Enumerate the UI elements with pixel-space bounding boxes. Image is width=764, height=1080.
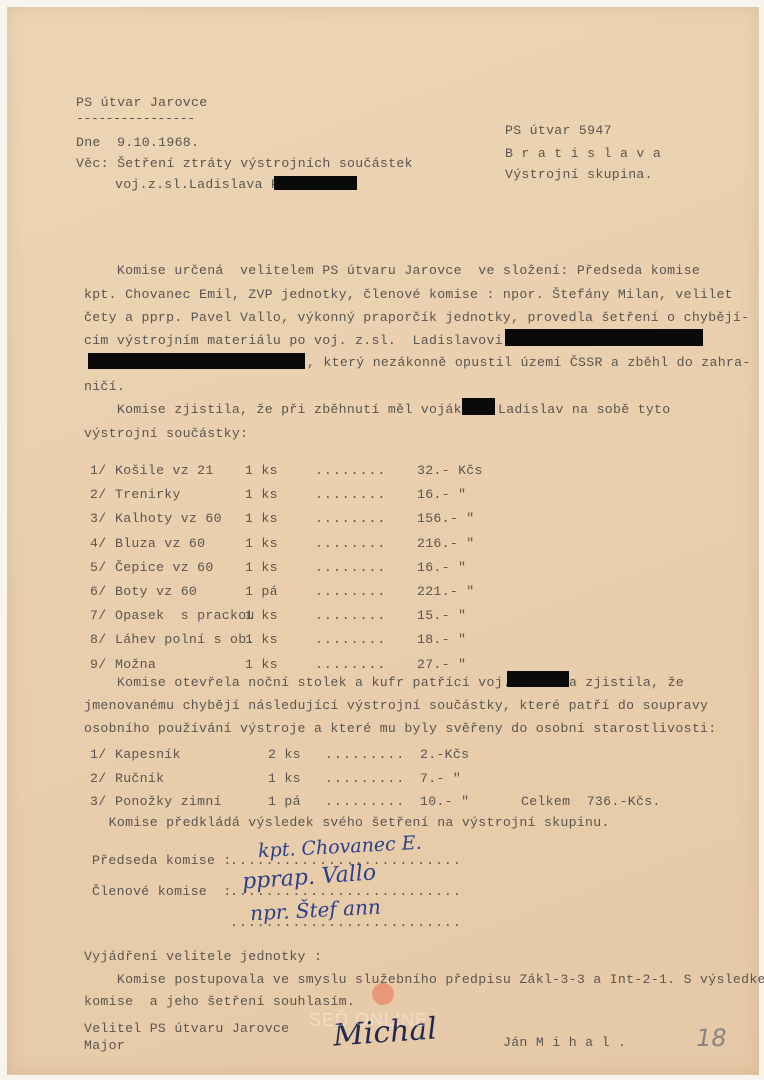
paragraph-1-line: kpt. Chovanec Emil, ZVP jednotky, členov… bbox=[84, 288, 733, 301]
item-name: Čepice vz 60 bbox=[115, 561, 214, 574]
item-qty: 1 ks bbox=[245, 488, 278, 501]
item-row: 5/Čepice vz 601 ks........16.- " bbox=[0, 561, 764, 577]
item-price: 16.- " bbox=[417, 561, 466, 574]
item-no: 3/ bbox=[90, 795, 106, 808]
total-amount: Celkem 736.-Kčs. bbox=[521, 795, 661, 808]
item-name: Kapesník bbox=[115, 748, 181, 761]
item-row: 1/Kapesník2 ks.........2.-Kčs bbox=[0, 748, 764, 764]
paragraph-1-line: ničí. bbox=[84, 380, 125, 393]
paragraph-1-line: cím výstrojním materiálu po voj. z.sl. L… bbox=[84, 334, 519, 347]
item-no: 7/ bbox=[90, 609, 106, 622]
item-row: 3/Kalhoty vz 601 ks........156.- " bbox=[0, 512, 764, 528]
redaction-bar bbox=[462, 398, 495, 415]
paragraph-1-line: , který nezákonně opustil území ČSSR a z… bbox=[307, 356, 751, 369]
paragraph-2-line: Komise zjistila, že při zběhnutí měl voj… bbox=[84, 403, 478, 416]
item-price: 2.-Kčs bbox=[420, 748, 469, 761]
paragraph-3-line: osobního používání výstroje a které mu b… bbox=[84, 722, 716, 735]
item-dots: ........ bbox=[315, 633, 386, 646]
item-name: Ponožky zimní bbox=[115, 795, 222, 808]
item-row: 4/Bluza vz 601 ks........216.- " bbox=[0, 537, 764, 553]
item-name: Kalhoty vz 60 bbox=[115, 512, 222, 525]
item-name: Trenirky bbox=[115, 488, 181, 501]
item-qty: 1 pá bbox=[268, 795, 301, 808]
item-name: Možna bbox=[115, 658, 156, 671]
item-qty: 1 ks bbox=[245, 512, 278, 525]
item-row: 2/Ručník1 ks.........7.- " bbox=[0, 772, 764, 788]
commander-text: komise a jeho šetření souhlasím. bbox=[84, 995, 355, 1008]
item-row: 7/Opasek s prackou1 ks........15.- " bbox=[0, 609, 764, 625]
item-qty: 1 ks bbox=[245, 537, 278, 550]
item-price: 221.- " bbox=[417, 585, 475, 598]
paragraph-3-line: Komise otevřela noční stolek a kufr patř… bbox=[84, 676, 528, 689]
item-dots: ......... bbox=[325, 795, 405, 808]
item-price: 7.- " bbox=[420, 772, 461, 785]
item-qty: 1 ks bbox=[245, 658, 278, 671]
closing-line: Komise předkládá výsledek svého šetření … bbox=[84, 816, 610, 829]
paragraph-2-line: výstrojní součástky: bbox=[84, 427, 248, 440]
commander-heading: Vyjádření velitele jednotky : bbox=[84, 950, 322, 963]
item-dots: ......... bbox=[325, 772, 405, 785]
sender-unit: PS útvar Jarovce bbox=[76, 96, 207, 109]
paragraph-3-line: jmenovanému chybějí následující výstrojn… bbox=[84, 699, 708, 712]
commander-text: Komise postupovala ve smyslu služebního … bbox=[84, 973, 764, 986]
item-row: 6/Boty vz 601 pá........221.- " bbox=[0, 585, 764, 601]
commander-name: Ján M i h a l . bbox=[503, 1036, 626, 1049]
item-price: 15.- " bbox=[417, 609, 466, 622]
item-dots: ........ bbox=[315, 464, 386, 477]
item-no: 1/ bbox=[90, 464, 106, 477]
item-dots: ......... bbox=[325, 748, 405, 761]
item-qty: 1 pá bbox=[245, 585, 278, 598]
item-row: 1/Košile vz 211 ks........32.- Kčs bbox=[0, 464, 764, 480]
item-name: Láhev polní s ob. bbox=[115, 633, 255, 646]
item-qty: 1 ks bbox=[245, 609, 278, 622]
redaction-bar bbox=[274, 176, 357, 190]
item-name: Opasek s prackou bbox=[115, 609, 255, 622]
date-line: Dne 9.10.1968. bbox=[76, 136, 199, 149]
item-name: Košile vz 21 bbox=[115, 464, 214, 477]
item-dots: ........ bbox=[315, 488, 386, 501]
item-price: 10.- " bbox=[420, 795, 469, 808]
subject-line: Věc: Šetření ztráty výstrojních součáste… bbox=[76, 157, 413, 170]
commander-title: Velitel PS útvaru Jarovce bbox=[84, 1022, 289, 1035]
item-price: 156.- " bbox=[417, 512, 475, 525]
item-name: Bluza vz 60 bbox=[115, 537, 205, 550]
item-row: 9/Možna1 ks........27.- " bbox=[0, 658, 764, 674]
item-dots: ........ bbox=[315, 537, 386, 550]
item-no: 8/ bbox=[90, 633, 106, 646]
item-price: 16.- " bbox=[417, 488, 466, 501]
item-dots: ........ bbox=[315, 609, 386, 622]
redaction-bar bbox=[88, 353, 305, 369]
paragraph-1-line: Komise určená velitelem PS útvaru Jarovc… bbox=[84, 264, 700, 277]
item-no: 2/ bbox=[90, 488, 106, 501]
watermark-logo-icon bbox=[372, 983, 394, 1005]
item-qty: 1 ks bbox=[245, 561, 278, 574]
recipient-line-3: Výstrojní skupina. bbox=[505, 168, 653, 181]
item-qty: 2 ks bbox=[268, 748, 301, 761]
item-no: 2/ bbox=[90, 772, 106, 785]
item-no: 3/ bbox=[90, 512, 106, 525]
item-qty: 1 ks bbox=[268, 772, 301, 785]
item-name: Boty vz 60 bbox=[115, 585, 197, 598]
item-row: 8/Láhev polní s ob.1 ks........18.- " bbox=[0, 633, 764, 649]
recipient-line-2: B r a t i s l a v a bbox=[505, 147, 661, 160]
chair-label: Předseda komise : bbox=[92, 854, 232, 867]
item-no: 9/ bbox=[90, 658, 106, 671]
item-dots: ........ bbox=[315, 658, 386, 671]
item-price: 27.- " bbox=[417, 658, 466, 671]
item-no: 5/ bbox=[90, 561, 106, 574]
item-price: 32.- Kčs bbox=[417, 464, 483, 477]
paragraph-2-line: Ladislav na sobě tyto bbox=[498, 403, 671, 416]
sender-underline: ---------------- bbox=[76, 112, 195, 125]
item-dots: ........ bbox=[315, 561, 386, 574]
item-qty: 1 ks bbox=[245, 633, 278, 646]
item-no: 4/ bbox=[90, 537, 106, 550]
item-price: 216.- " bbox=[417, 537, 475, 550]
page-number: 18 bbox=[694, 1024, 729, 1052]
item-dots: ........ bbox=[315, 512, 386, 525]
item-no: 1/ bbox=[90, 748, 106, 761]
redaction-bar bbox=[505, 329, 703, 346]
item-dots: ........ bbox=[315, 585, 386, 598]
members-label: Členové komise : bbox=[92, 885, 232, 898]
paragraph-1-line: čety a pprp. Pavel Vallo, výkonný prapor… bbox=[84, 311, 749, 324]
commander-rank: Major bbox=[84, 1039, 125, 1052]
subject-line-2: voj.z.sl.Ladislava P bbox=[115, 178, 279, 191]
item-row: 2/Trenirky1 ks........16.- " bbox=[0, 488, 764, 504]
item-qty: 1 ks bbox=[245, 464, 278, 477]
paragraph-3-line: a zjistila, že bbox=[569, 676, 684, 689]
item-name: Ručník bbox=[115, 772, 164, 785]
watermark-text: SEĎ ONLINE bbox=[309, 1010, 428, 1031]
recipient-line-1: PS útvar 5947 bbox=[505, 124, 612, 137]
item-no: 6/ bbox=[90, 585, 106, 598]
redaction-bar bbox=[507, 671, 569, 687]
item-price: 18.- " bbox=[417, 633, 466, 646]
